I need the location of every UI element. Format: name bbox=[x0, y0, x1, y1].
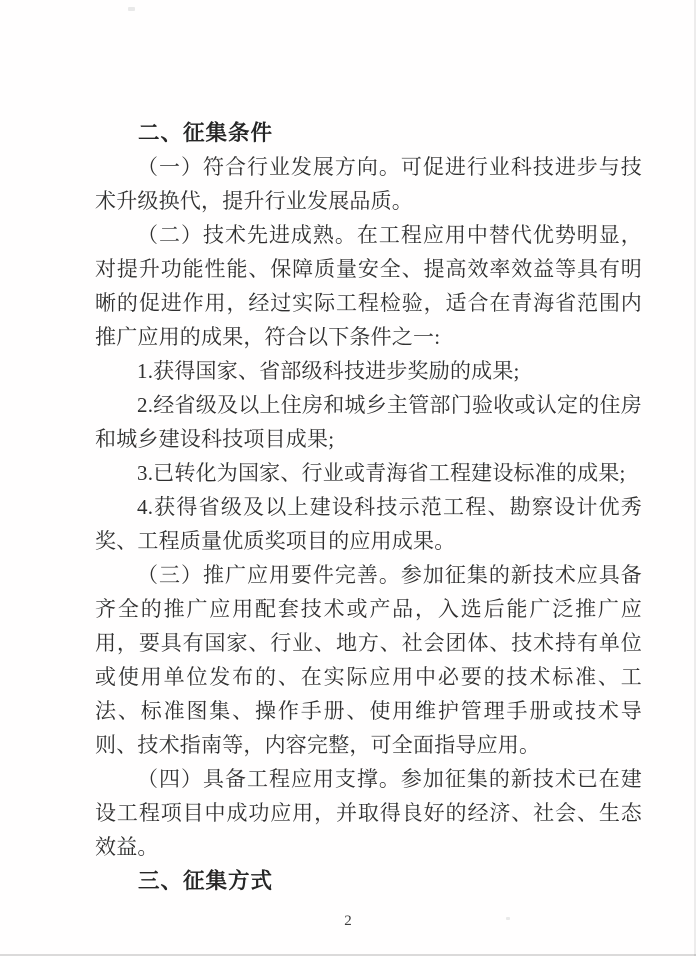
scan-artifact bbox=[128, 7, 135, 11]
paragraph-item-1: （一）符合行业发展方向。可促进行业科技进步与技术升级换代，提升行业发展品质。 bbox=[95, 150, 642, 218]
paragraph-item-2: （二）技术先进成熟。在工程应用中替代优势明显，对提升功能性能、保障质量安全、提高… bbox=[95, 218, 642, 354]
paragraph-item-4: （四）具备工程应用支撑。参加征集的新技术已在建设工程项目中成功应用，并取得良好的… bbox=[95, 762, 642, 864]
list-item-1: 1.获得国家、省部级科技进步奖励的成果; bbox=[95, 354, 642, 388]
list-item-3: 3.已转化为国家、行业或青海省工程建设标准的成果; bbox=[95, 456, 642, 490]
page-number: 2 bbox=[0, 913, 696, 930]
section-heading-3: 三、征集方式 bbox=[95, 864, 642, 898]
list-item-2: 2.经省级及以上住房和城乡主管部门验收或认定的住房和城乡建设科技项目成果; bbox=[95, 388, 642, 456]
paragraph-item-3: （三）推广应用要件完善。参加征集的新技术应具备齐全的推广应用配套技术或产品，入选… bbox=[95, 558, 642, 762]
section-heading-2: 二、征集条件 bbox=[95, 116, 642, 150]
document-body: 二、征集条件 （一）符合行业发展方向。可促进行业科技进步与技术升级换代，提升行业… bbox=[95, 116, 642, 898]
list-item-4: 4.获得省级及以上建设科技示范工程、勘察设计优秀奖、工程质量优质奖项目的应用成果… bbox=[95, 490, 642, 558]
scanned-document-page: 二、征集条件 （一）符合行业发展方向。可促进行业科技进步与技术升级换代，提升行业… bbox=[0, 0, 696, 956]
